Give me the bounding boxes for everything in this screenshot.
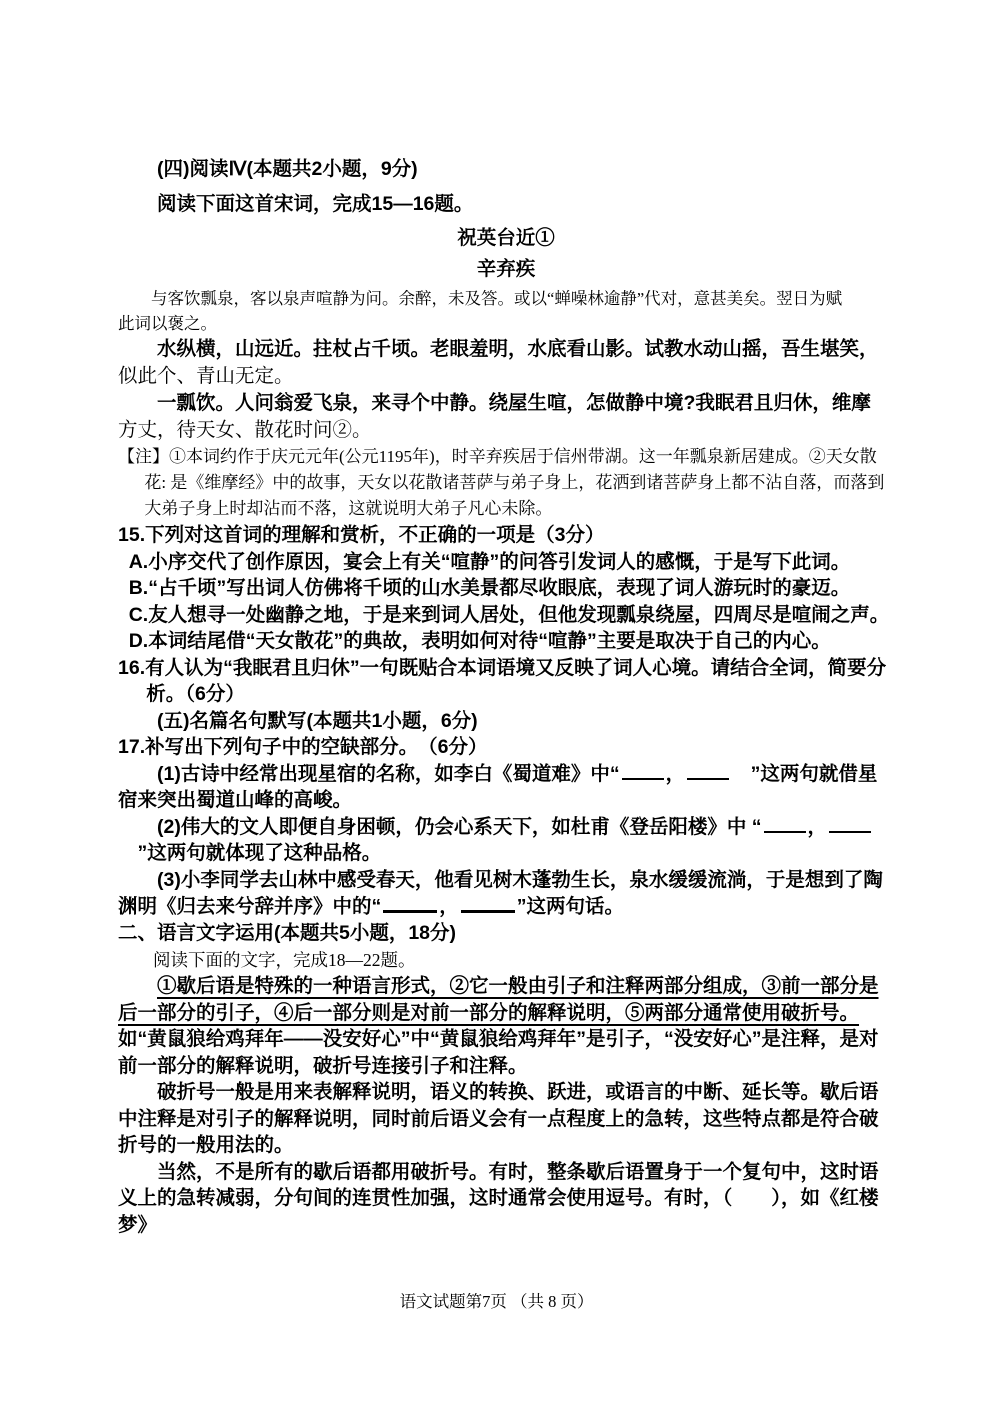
poem-stanza-2: 一瓢饮。人问翁爱飞泉，来寻个中静。绕屋生喧，怎做静中境?我眠君且归休，维摩方丈，… (118, 390, 894, 444)
answer-blank (622, 761, 664, 780)
question-15-option-c: C.友人想寻一处幽静之地，于是来到词人居处，但他发现瓢泉绕屋，四周尽是喧闹之声。 (118, 602, 894, 629)
question-17-item-2: (2)伟大的文人即便自身困顿，仍会心系天下，如杜甫《登岳阳楼》中 “， ”这两句… (118, 814, 894, 867)
answer-blank (383, 893, 437, 913)
section4-heading: (四)阅读Ⅳ(本题共2小题，9分) (118, 156, 894, 183)
exam-page: (四)阅读Ⅳ(本题共2小题，9分) 阅读下面这首宋词，完成15—16题。 祝英台… (0, 0, 993, 1403)
blank-separator: ， (666, 763, 686, 785)
poem-author: 辛弃疾 (118, 256, 894, 283)
item-2-text: (2)伟大的文人即便自身困顿，仍会心系天下，如杜甫《登岳阳楼》中 “ (157, 816, 762, 838)
poem-stanza-2-line1: 一瓢饮。人问翁爱飞泉，来寻个中静。绕屋生喧，怎做静中境?我眠君且归休，维摩 (157, 392, 871, 414)
answer-blank (461, 893, 515, 913)
poem-stanza-1-line1: 水纵横，山远近。拄杖占千顷。老眼羞明，水底看山影。试教水动山摇，吾生堪笑， (157, 338, 879, 360)
passage-paragraph-3: 当然，不是所有的歇后语都用破折号。有时，整条歇后语置身于一个复句中，这时语义上的… (118, 1159, 894, 1239)
question-17-item-3: (3)小李同学去山林中感受春天，他看见树木蓬勃生长，泉水缓缓流淌，于是想到了陶渊… (118, 867, 894, 921)
passage-paragraph-1: ①歇后语是特殊的一种语言形式，②它一般由引子和注释两部分组成，③前一部分是后一部… (118, 973, 894, 1079)
page-footer: 语文试题第7页 （共 8 页） (0, 1288, 993, 1312)
poem-preface-line2: 此词以褒之。 (118, 314, 217, 333)
passage-paragraph-2: 破折号一般是用来表解释说明，语义的转换、跃进，或语言的中断、延长等。歇后语中注释… (118, 1079, 894, 1159)
section-two-heading: 二、语言文字运用(本题共5小题，18分) (118, 920, 894, 947)
section4-intro: 阅读下面这首宋词，完成15—16题。 (118, 191, 894, 218)
answer-blank (829, 814, 871, 833)
poem-note: 【注】①本词约作于庆元元年(公元1195年)，时辛弃疾居于信州带湖。这一年瓢泉新… (118, 444, 894, 522)
exam-body: (四)阅读Ⅳ(本题共2小题，9分) 阅读下面这首宋词，完成15—16题。 祝英台… (118, 156, 894, 1238)
question-17-item-1: (1)古诗中经常出现星宿的名称，如李白《蜀道难》中“， ”这两句就借星宿来突出蜀… (118, 761, 894, 814)
poem-stanza-1: 水纵横，山远近。拄杖占千顷。老眼羞明，水底看山影。试教水动山摇，吾生堪笑，似此个… (118, 336, 894, 390)
poem-stanza-2-line2: 方丈，待天女、散花时问②。 (118, 420, 372, 441)
item-3-text-after: ”这两句话。 (517, 896, 624, 918)
question-15-option-b: B.“占千顷”写出词人仿佛将千顷的山水美景都尽收眼底，表现了词人游玩时的豪迈。 (118, 575, 894, 602)
question-15-option-d: D.本词结尾借“天女散花”的典故，表明如何对待“喧静”主要是取决于自己的内心。 (118, 628, 894, 655)
poem-title: 祝英台近① (118, 225, 894, 252)
question-15-option-a: A.小序交代了创作原因，宴会上有关“喧静”的问答引发词人的感慨，于是写下此词。 (118, 549, 894, 576)
blank-separator: ， (439, 896, 459, 918)
section5-heading: (五)名篇名句默写(本题共1小题，6分) (118, 708, 894, 735)
item-2-text-after: ”这两句就体现了这种品格。 (118, 842, 381, 864)
question-15-stem: 15.下列对这首词的理解和赏析，不正确的一项是（3分） (118, 522, 894, 549)
poem-note-text: ①本词约作于庆元元年(公元1195年)，时辛弃疾居于信州带湖。这一年瓢泉新居建成… (144, 447, 884, 518)
poem-stanza-1-line2: 似此个、青山无定。 (118, 366, 294, 387)
blank-separator: ， (808, 816, 828, 838)
passage-paragraph-1-rest: 如“黄鼠狼给鸡拜年——没安好心”中“黄鼠狼给鸡拜年”是引子，“没安好心”是注释，… (118, 1028, 879, 1077)
section-two-intro: 阅读下面的文字，完成18—22题。 (118, 947, 894, 974)
poem-preface: 与客饮瓢泉，客以泉声喧静为问。余醉，未及答。或以“蝉噪林逾静”代对，意甚美矣。翌… (118, 286, 894, 336)
answer-blank (687, 761, 729, 780)
poem-note-label: 【注】 (118, 447, 169, 466)
poem-preface-line1: 与客饮瓢泉，客以泉声喧静为问。余醉，未及答。或以“蝉噪林逾静”代对，意甚美矣。翌… (151, 289, 842, 308)
question-16: 16.有人认为“我眠君且归休”一句既贴合本词语境又反映了词人心境。请结合全词，简… (118, 655, 894, 708)
question-17-stem: 17.补写出下列句子中的空缺部分。 （6分） (118, 734, 894, 761)
item-1-text: (1)古诗中经常出现星宿的名称，如李白《蜀道难》中“ (157, 763, 620, 785)
underlined-passage: ①歇后语是特殊的一种语言形式，②它一般由引子和注释两部分组成，③前一部分是后一部… (118, 975, 879, 1024)
answer-blank (764, 814, 806, 833)
